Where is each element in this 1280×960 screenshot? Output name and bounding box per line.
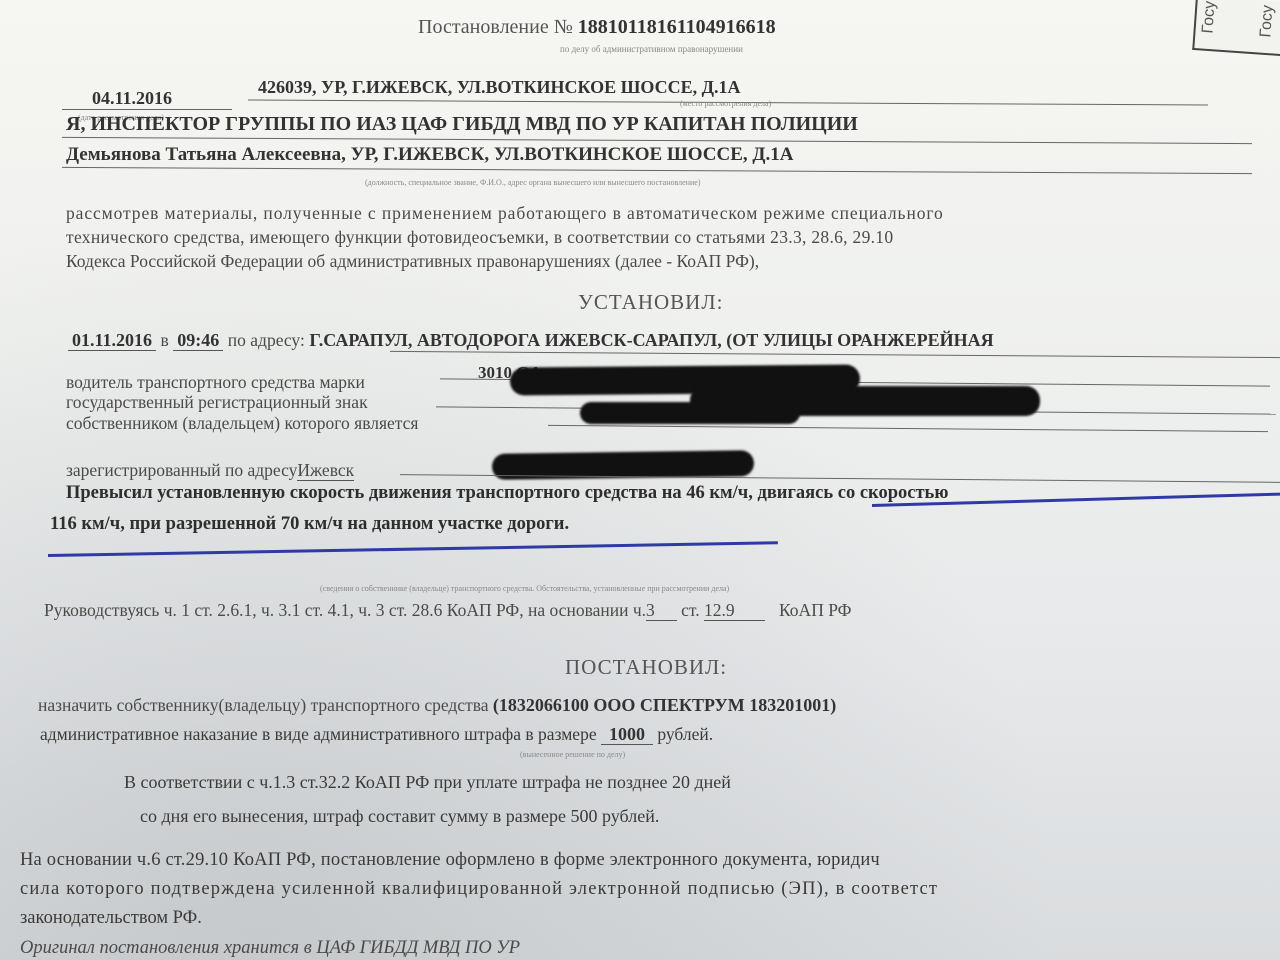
assign-line: назначить собственнику(владельцу) трансп… <box>38 695 836 716</box>
esign-line-3: законодательством РФ. <box>20 908 202 929</box>
document-title: Постановление № 18810118161104916618 <box>418 16 776 39</box>
esign-line-1: На основании ч.6 ст.29.10 КоАП РФ, поста… <box>20 850 880 871</box>
registered-label: зарегистрированный по адресуИжевск <box>66 460 354 481</box>
review-place: 426039, УР, Г.ИЖЕВСК, УЛ.ВОТКИНСКОЕ ШОСС… <box>258 77 741 98</box>
resolution-number: 18810118161104916618 <box>578 16 776 38</box>
redaction-mark <box>580 402 800 424</box>
heading-resolved: ПОСТАНОВИЛ: <box>565 655 727 680</box>
review-place-caption: (место рассмотрения дела) <box>680 99 771 108</box>
offense-date: 01.11.2016 <box>68 330 156 351</box>
offense-time: 09:46 <box>173 330 223 351</box>
owner-label: собственником (владельцем) которого явля… <box>66 413 418 434</box>
discount-line-1: В соответствии с ч.1.3 ст.32.2 КоАП РФ п… <box>124 772 731 793</box>
esign-line-2: сила которого подтверждена усиленной ква… <box>20 879 938 900</box>
penalty-caption: (вынесенное решение по делу) <box>520 750 625 759</box>
inspector-line-2: Демьянова Татьяна Алексеевна, УР, Г.ИЖЕВ… <box>66 144 793 166</box>
intro-line-1: рассмотрев материалы, полученные с приме… <box>66 203 944 224</box>
offense-address: Г.САРАПУЛ, АВТОДОРОГА ИЖЕВСК-САРАПУЛ, (О… <box>309 330 993 350</box>
speed-excess: на 46 км/ч, двигаясь со скоростью <box>662 483 949 503</box>
corner-card-text: Госу <box>1257 4 1277 38</box>
corner-card-text: Госу <box>1199 0 1219 34</box>
guided-line: Руководствуясь ч. 1 ст. 2.6.1, ч. 3.1 ст… <box>44 600 851 621</box>
penalty-line: административное наказание в виде админи… <box>40 724 713 745</box>
fine-amount: 1000 <box>601 724 653 745</box>
inspector-line-1: Я, ИНСПЕКТОР ГРУППЫ ПО ИАЗ ЦАФ ГИБДД МВД… <box>66 113 858 136</box>
offense-line: 01.11.2016 в 09:46 по адресу: Г.САРАПУЛ,… <box>68 330 994 351</box>
corner-card: Госу Госу <box>1192 0 1280 57</box>
inspector-caption: (должность, специальное звание, Ф.И.О., … <box>365 178 700 187</box>
discount-line-2: со дня его вынесения, штраф составит сум… <box>140 806 659 827</box>
driver-label: водитель транспортного средства марки <box>66 372 365 393</box>
violation-line-2: 116 км/ч, при разрешенной 70 км/ч на дан… <box>50 514 569 535</box>
violation-caption: (сведения о собственнике (владельце) тра… <box>320 584 729 593</box>
intro-line-3: Кодекса Российской Федерации об админист… <box>66 251 759 272</box>
intro-line-2: технического средства, имеющего функции … <box>66 227 893 248</box>
document-subtitle: по делу об административном правонарушен… <box>560 44 743 54</box>
owner-organization: (1832066100 ООО СПЕКТРУМ 183201001) <box>493 695 836 715</box>
article-number: 12.9 <box>704 600 765 621</box>
review-date: 04.11.2016 <box>92 88 172 109</box>
registered-city: Ижевск <box>297 460 354 481</box>
heading-established: УСТАНОВИЛ: <box>578 290 723 315</box>
original-line: Оригинал постановления хранится в ЦАФ ГИ… <box>20 938 520 959</box>
violation-line-1: Превысил установленную скорость движения… <box>66 483 948 504</box>
plate-label: государственный регистрационный знак <box>66 392 368 413</box>
article-part: 3 <box>646 600 677 621</box>
pen-underline <box>48 541 778 557</box>
